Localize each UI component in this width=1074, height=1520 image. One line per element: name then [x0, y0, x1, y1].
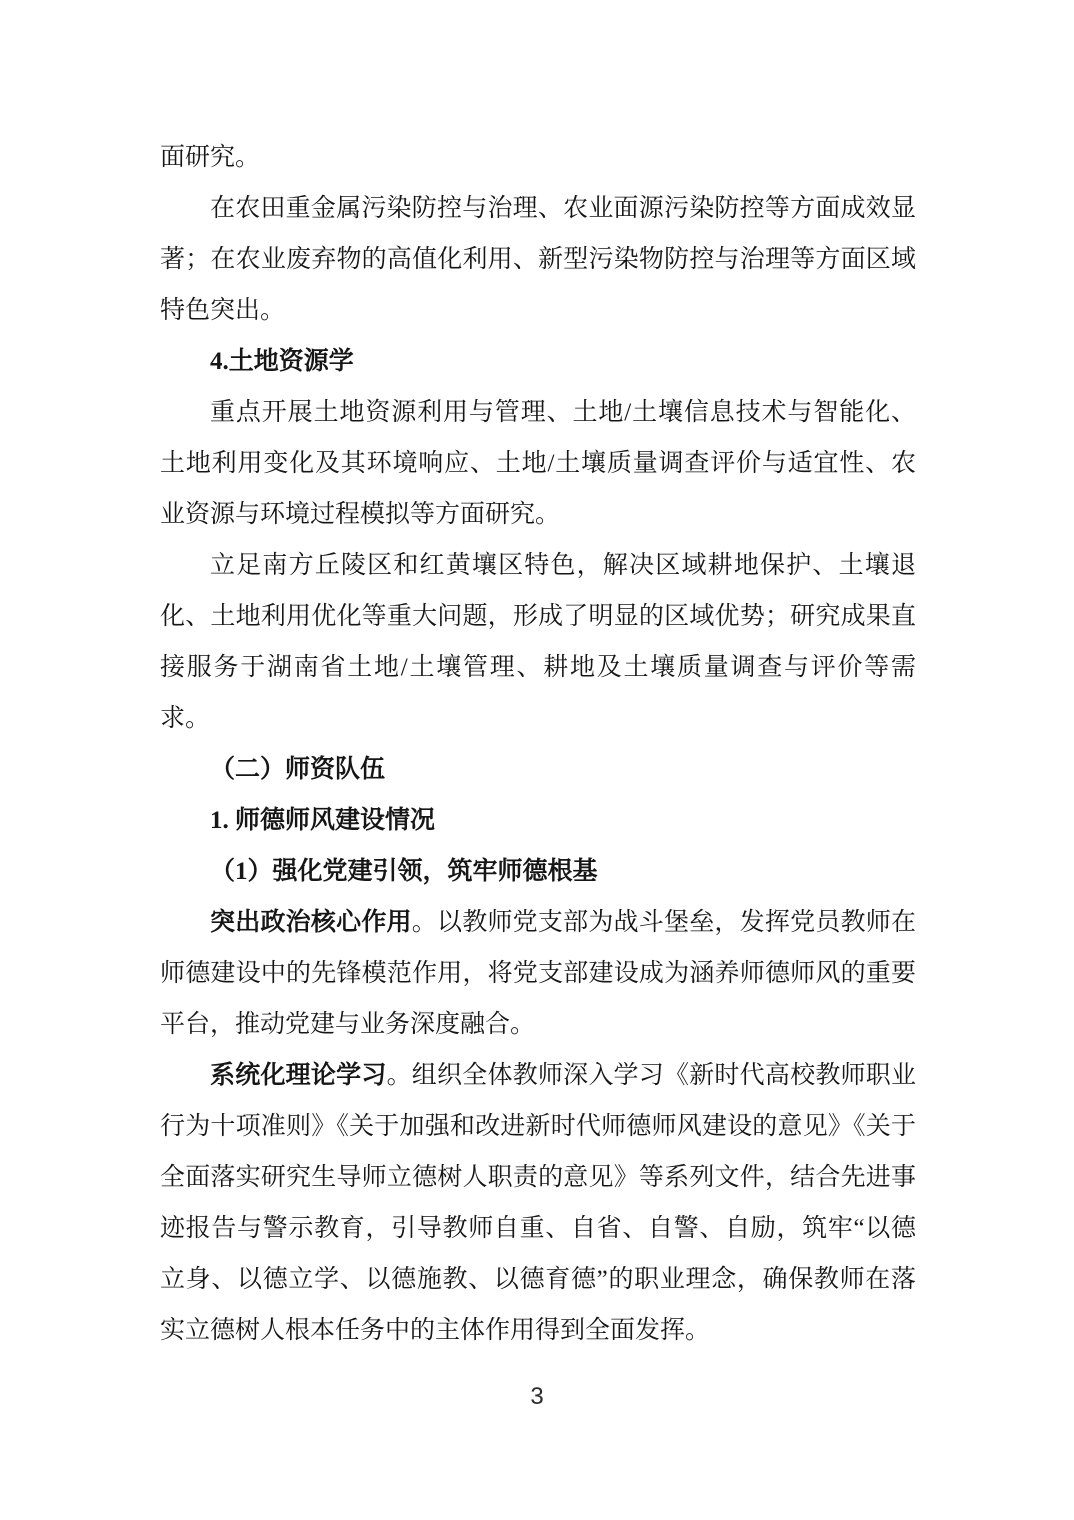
- section-heading: （1）强化党建引领，筑牢师德根基: [160, 846, 916, 897]
- section-heading: （二）师资队伍: [160, 744, 916, 795]
- paragraph-text: 。组织全体教师深入学习《新时代高校教师职业行为十项准则》《关于加强和改进新时代师…: [160, 1062, 916, 1344]
- paragraph: 系统化理论学习。组织全体教师深入学习《新时代高校教师职业行为十项准则》《关于加强…: [160, 1050, 916, 1356]
- paragraph: 面研究。: [160, 132, 916, 183]
- page-footer: 3: [0, 1383, 1074, 1411]
- section-heading: 1. 师德师风建设情况: [160, 795, 916, 846]
- paragraph: 在农田重金属污染防控与治理、农业面源污染防控等方面成效显著；在农业废弃物的高值化…: [160, 183, 916, 336]
- paragraph-lead: 突出政治核心作用: [210, 909, 412, 936]
- paragraph: 立足南方丘陵区和红黄壤区特色，解决区域耕地保护、土壤退化、土地利用优化等重大问题…: [160, 540, 916, 744]
- page-number: 3: [530, 1383, 543, 1410]
- document-page: 面研究。在农田重金属污染防控与治理、农业面源污染防控等方面成效显著；在农业废弃物…: [0, 0, 1074, 1520]
- document-body: 面研究。在农田重金属污染防控与治理、农业面源污染防控等方面成效显著；在农业废弃物…: [160, 132, 916, 1356]
- paragraph: 重点开展土地资源利用与管理、土地/土壤信息技术与智能化、土地利用变化及其环境响应…: [160, 387, 916, 540]
- paragraph-lead: 系统化理论学习: [210, 1062, 387, 1089]
- paragraph: 突出政治核心作用。以教师党支部为战斗堡垒，发挥党员教师在师德建设中的先锋模范作用…: [160, 897, 916, 1050]
- section-heading: 4.土地资源学: [160, 336, 916, 387]
